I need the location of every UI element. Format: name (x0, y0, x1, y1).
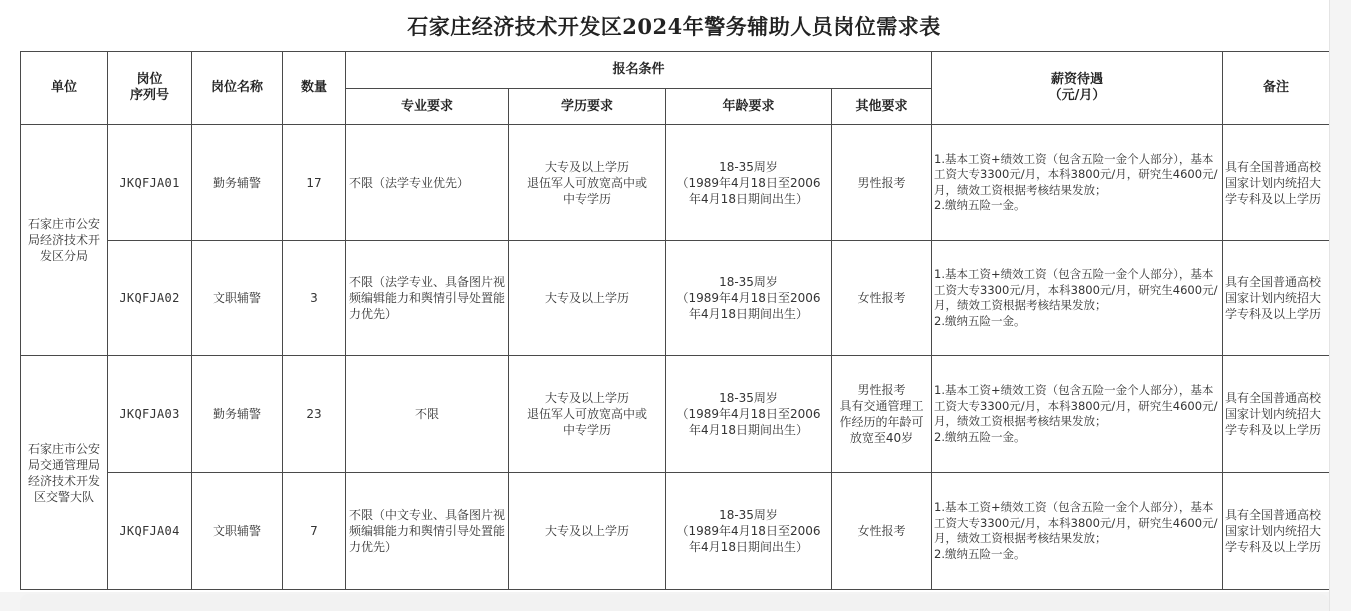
post-name-cell: 文职辅警 (192, 473, 283, 590)
header-salary: 薪资待遇 （元/月） (932, 52, 1223, 125)
age-cell: 18-35周岁 （1989年4月18日至2006 年4月18日期间出生） (666, 356, 832, 473)
salary-cell: 1.基本工资+绩效工资（包含五险一金个人部分），基本工资大专3300元/月，本科… (932, 125, 1223, 241)
document-title: 石家庄经济技术开发区2024年警务辅助人员岗位需求表 (20, 0, 1328, 51)
header-quantity: 数量 (283, 52, 346, 125)
quantity-cell: 7 (283, 473, 346, 590)
age-cell: 18-35周岁 （1989年4月18日至2006 年4月18日期间出生） (666, 241, 832, 356)
salary-cell: 1.基本工资+绩效工资（包含五险一金个人部分），基本工资大专3300元/月，本科… (932, 473, 1223, 590)
major-cell: 不限（中文专业、具备图片视频编辑能力和舆情引导处置能力优先） (346, 473, 509, 590)
table-row: JKQFJA04 文职辅警 7 不限（中文专业、具备图片视频编辑能力和舆情引导处… (21, 473, 1330, 590)
remarks-cell: 具有全国普通高校国家计划内统招大学专科及以上学历 (1223, 473, 1330, 590)
major-cell: 不限（法学专业、具备图片视频编辑能力和舆情引导处置能力优先） (346, 241, 509, 356)
header-row-top: 单位 岗位 序列号 岗位名称 数量 报名条件 薪资待遇 （元/月） 备注 (21, 52, 1330, 89)
document-page: 石家庄经济技术开发区2024年警务辅助人员岗位需求表 单位 岗位 序列号 岗位名… (0, 0, 1329, 592)
viewer-bottom-panel (20, 594, 1329, 611)
post-name-cell: 勤务辅警 (192, 356, 283, 473)
other-cell: 男性报考 (832, 125, 932, 241)
table-row: JKQFJA02 文职辅警 3 不限（法学专业、具备图片视频编辑能力和舆情引导处… (21, 241, 1330, 356)
education-cell: 大专及以上学历 退伍军人可放宽高中或 中专学历 (509, 356, 666, 473)
other-cell: 女性报考 (832, 473, 932, 590)
job-requirements-table: 单位 岗位 序列号 岗位名称 数量 报名条件 薪资待遇 （元/月） 备注 专业要… (20, 51, 1330, 590)
header-post-code: 岗位 序列号 (108, 52, 192, 125)
education-cell: 大专及以上学历 (509, 241, 666, 356)
age-cell: 18-35周岁 （1989年4月18日至2006 年4月18日期间出生） (666, 125, 832, 241)
post-code-cell: JKQFJA01 (108, 125, 192, 241)
remarks-cell: 具有全国普通高校国家计划内统招大学专科及以上学历 (1223, 241, 1330, 356)
header-post-name: 岗位名称 (192, 52, 283, 125)
education-cell: 大专及以上学历 (509, 473, 666, 590)
header-unit: 单位 (21, 52, 108, 125)
major-cell: 不限 (346, 356, 509, 473)
quantity-cell: 3 (283, 241, 346, 356)
other-cell: 男性报考 具有交通管理工作经历的年龄可放宽至40岁 (832, 356, 932, 473)
quantity-cell: 23 (283, 356, 346, 473)
table-row: 石家庄市公安局交通管理局经济技术开发区交警大队 JKQFJA03 勤务辅警 23… (21, 356, 1330, 473)
major-cell: 不限（法学专业优先） (346, 125, 509, 241)
post-code-cell: JKQFJA04 (108, 473, 192, 590)
header-remarks: 备注 (1223, 52, 1330, 125)
viewer-right-margin (1329, 0, 1351, 611)
unit-cell: 石家庄市公安局经济技术开发区分局 (21, 125, 108, 356)
remarks-cell: 具有全国普通高校国家计划内统招大学专科及以上学历 (1223, 356, 1330, 473)
quantity-cell: 17 (283, 125, 346, 241)
post-code-cell: JKQFJA03 (108, 356, 192, 473)
header-age: 年龄要求 (666, 89, 832, 125)
table-row: 石家庄市公安局经济技术开发区分局 JKQFJA01 勤务辅警 17 不限（法学专… (21, 125, 1330, 241)
other-cell: 女性报考 (832, 241, 932, 356)
header-other: 其他要求 (832, 89, 932, 125)
post-name-cell: 勤务辅警 (192, 125, 283, 241)
salary-cell: 1.基本工资+绩效工资（包含五险一金个人部分），基本工资大专3300元/月，本科… (932, 241, 1223, 356)
header-education: 学历要求 (509, 89, 666, 125)
education-cell: 大专及以上学历 退伍军人可放宽高中或 中专学历 (509, 125, 666, 241)
post-code-cell: JKQFJA02 (108, 241, 192, 356)
salary-cell: 1.基本工资+绩效工资（包含五险一金个人部分），基本工资大专3300元/月，本科… (932, 356, 1223, 473)
header-major: 专业要求 (346, 89, 509, 125)
age-cell: 18-35周岁 （1989年4月18日至2006 年4月18日期间出生） (666, 473, 832, 590)
header-conditions-group: 报名条件 (346, 52, 932, 89)
post-name-cell: 文职辅警 (192, 241, 283, 356)
unit-cell: 石家庄市公安局交通管理局经济技术开发区交警大队 (21, 356, 108, 590)
remarks-cell: 具有全国普通高校国家计划内统招大学专科及以上学历 (1223, 125, 1330, 241)
